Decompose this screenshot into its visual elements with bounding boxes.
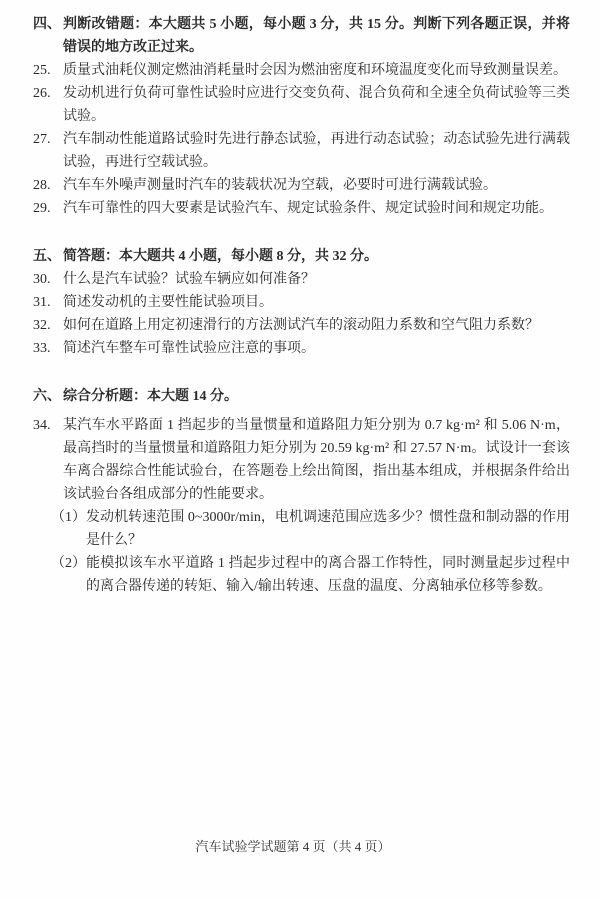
question-item: 33. 简述汽车整车可靠性试验应注意的事项。 <box>33 337 570 360</box>
question-number: 30. <box>33 268 51 291</box>
question-subitem: （1） 发动机转速范围 0~3000r/min，电机调速范围应选多少？惯性盘和制… <box>51 506 570 552</box>
question-number: 34. <box>33 414 51 437</box>
question-subitem: （2） 能模拟该车水平道路 1 挡起步过程中的离合器工作特性，同时测量起步过程中… <box>51 552 570 598</box>
question-item: 34. 某汽车水平路面 1 挡起步的当量惯量和道路阻力矩分别为 0.7 kg·m… <box>33 414 570 598</box>
question-item: 32. 如何在道路上用定初速滑行的方法测试汽车的滚动阻力系数和空气阻力系数？ <box>33 314 570 337</box>
question-number: 27. <box>33 128 51 151</box>
question-item: 28. 汽车车外噪声测量时汽车的装载状况为空载，必要时可进行满载试验。 <box>33 174 570 197</box>
question-text: 汽车车外噪声测量时汽车的装载状况为空载，必要时可进行满载试验。 <box>63 178 497 193</box>
subitem-text: 能模拟该车水平道路 1 挡起步过程中的离合器工作特性，同时测量起步过程中的离合器… <box>86 552 570 598</box>
section-heading-text: 简答题：本大题共 4 小题，每小题 8 分，共 32 分。 <box>63 249 378 264</box>
question-text: 简述发动机的主要性能试验项目。 <box>63 295 273 310</box>
footer-text: 汽车试验学试题第 4 页（共 4 页） <box>195 839 390 854</box>
section-short-answer: 五、 简答题：本大题共 4 小题，每小题 8 分，共 32 分。 30. 什么是… <box>33 245 570 360</box>
question-item: 30. 什么是汽车试验？试验车辆应如何准备？ <box>33 268 570 291</box>
section-heading: 六、 综合分析题：本大题 14 分。 <box>33 385 570 408</box>
question-text: 汽车制动性能道路试验时先进行静态试验，再进行动态试验；动态试验先进行满载试验，再… <box>63 132 570 170</box>
question-text: 质量式油耗仪测定燃油消耗量时会因为燃油密度和环境温度变化而导致测量误差。 <box>63 63 567 78</box>
question-item: 26. 发动机进行负荷可靠性试验时应进行交变负荷、混合负荷和全速全负荷试验等三类… <box>33 82 570 128</box>
section-comprehensive-analysis: 六、 综合分析题：本大题 14 分。 34. 某汽车水平路面 1 挡起步的当量惯… <box>33 385 570 598</box>
section-heading-text: 判断改错题：本大题共 5 小题，每小题 3 分，共 15 分。判断下列各题正误，… <box>63 17 570 55</box>
section-heading: 四、 判断改错题：本大题共 5 小题，每小题 3 分，共 15 分。判断下列各题… <box>33 13 570 59</box>
exam-page: 四、 判断改错题：本大题共 5 小题，每小题 3 分，共 15 分。判断下列各题… <box>0 0 600 900</box>
question-number: 25. <box>33 59 51 82</box>
section-heading: 五、 简答题：本大题共 4 小题，每小题 8 分，共 32 分。 <box>33 245 570 268</box>
question-text: 简述汽车整车可靠性试验应注意的事项。 <box>63 341 315 356</box>
section-marker: 六、 <box>33 385 61 408</box>
question-item: 29. 汽车可靠性的四大要素是试验汽车、规定试验条件、规定试验时间和规定功能。 <box>33 197 570 220</box>
subitem-marker: （1） <box>51 506 86 552</box>
question-number: 31. <box>33 291 51 314</box>
question-number: 26. <box>33 82 51 105</box>
question-body: 某汽车水平路面 1 挡起步的当量惯量和道路阻力矩分别为 0.7 kg·m² 和 … <box>63 414 570 598</box>
subitem-text: 发动机转速范围 0~3000r/min，电机调速范围应选多少？惯性盘和制动器的作… <box>86 506 570 552</box>
question-text: 如何在道路上用定初速滑行的方法测试汽车的滚动阻力系数和空气阻力系数？ <box>63 318 539 333</box>
question-text: 发动机进行负荷可靠性试验时应进行交变负荷、混合负荷和全速全负荷试验等三类试验。 <box>63 86 570 124</box>
question-item: 27. 汽车制动性能道路试验时先进行静态试验，再进行动态试验；动态试验先进行满载… <box>33 128 570 174</box>
question-number: 29. <box>33 197 51 220</box>
question-item: 25. 质量式油耗仪测定燃油消耗量时会因为燃油密度和环境温度变化而导致测量误差。 <box>33 59 570 82</box>
question-text: 某汽车水平路面 1 挡起步的当量惯量和道路阻力矩分别为 0.7 kg·m² 和 … <box>63 414 570 506</box>
section-marker: 五、 <box>33 245 61 268</box>
section-marker: 四、 <box>33 13 61 36</box>
question-number: 32. <box>33 314 51 337</box>
question-text: 汽车可靠性的四大要素是试验汽车、规定试验条件、规定试验时间和规定功能。 <box>63 201 553 216</box>
section-heading-text: 综合分析题：本大题 14 分。 <box>63 389 238 404</box>
question-item: 31. 简述发动机的主要性能试验项目。 <box>33 291 570 314</box>
subitem-marker: （2） <box>51 552 86 598</box>
question-number: 28. <box>33 174 51 197</box>
exam-content: 四、 判断改错题：本大题共 5 小题，每小题 3 分，共 15 分。判断下列各题… <box>0 0 600 598</box>
question-text: 什么是汽车试验？试验车辆应如何准备？ <box>63 272 315 287</box>
page-footer: 汽车试验学试题第 4 页（共 4 页） <box>0 836 586 855</box>
question-number: 33. <box>33 337 51 360</box>
section-judge-correction: 四、 判断改错题：本大题共 5 小题，每小题 3 分，共 15 分。判断下列各题… <box>33 13 570 220</box>
